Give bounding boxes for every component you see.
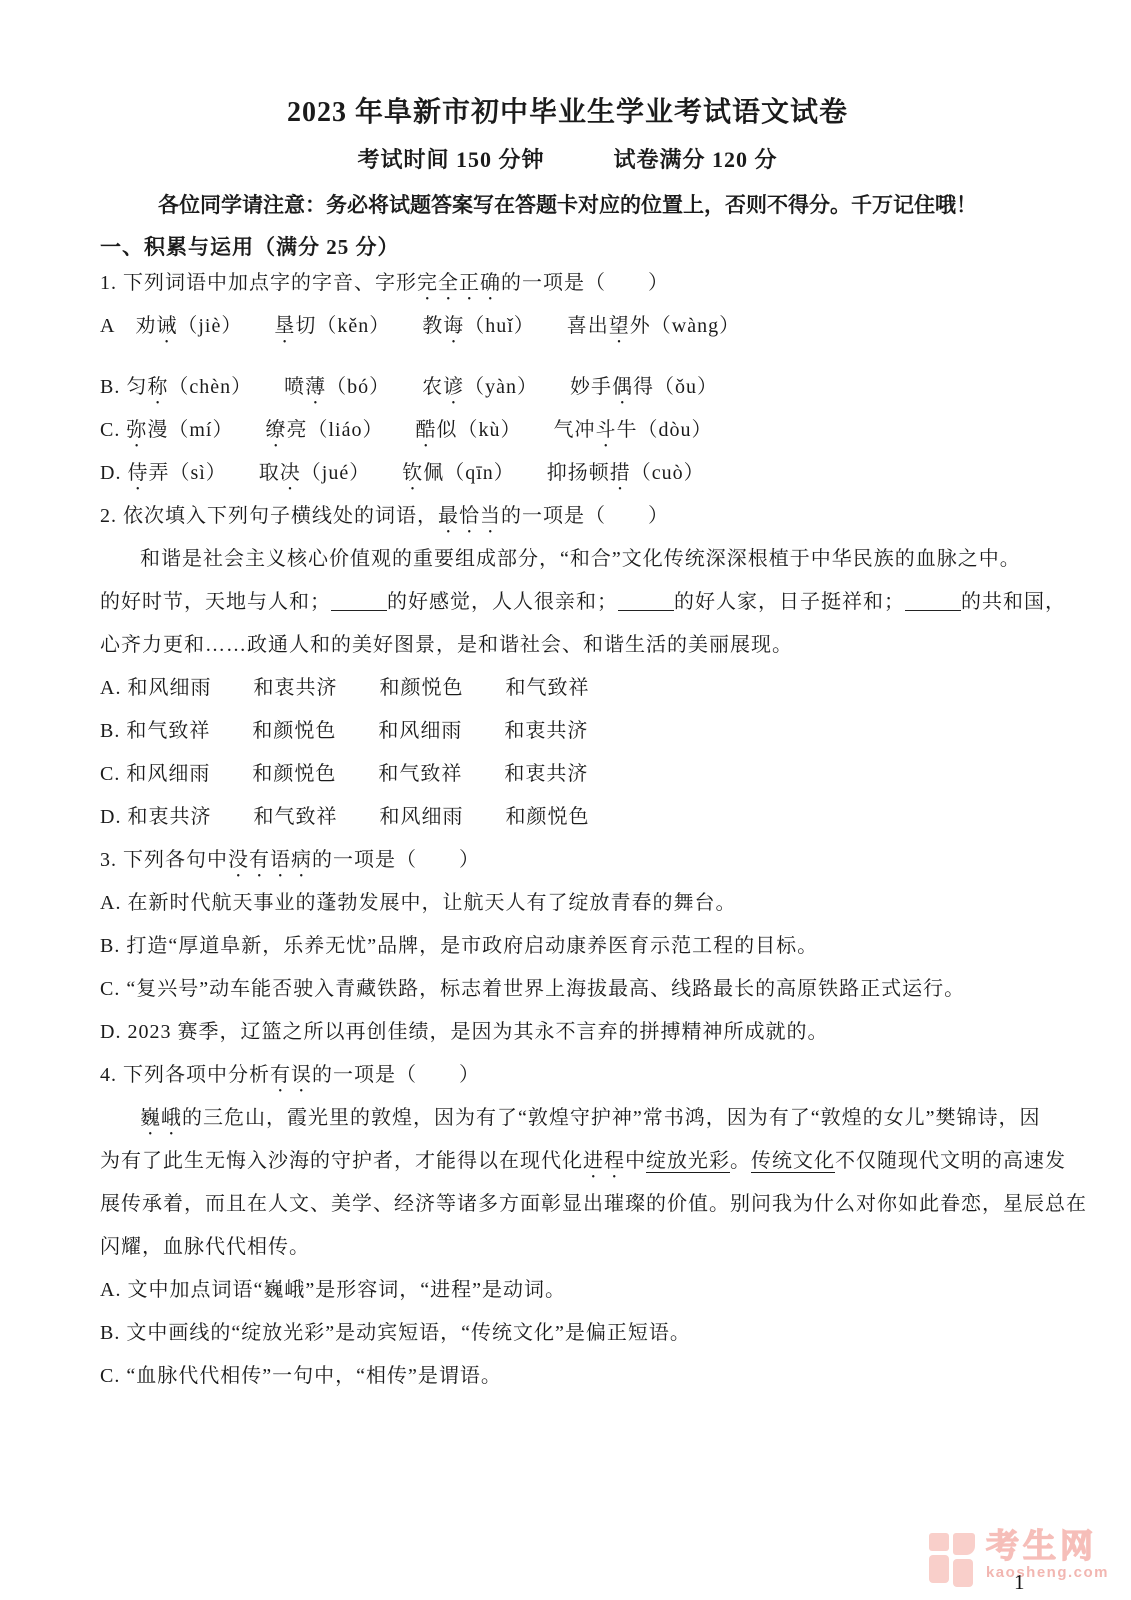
q2-option-a: A. 和风细雨 和衷共济 和颜悦色 和气致祥 xyxy=(100,667,1035,710)
section-1-heading: 一、积累与运用（满分 25 分） xyxy=(100,232,1035,262)
q4-option-a: A. 文中加点词语“巍峨”是形容词，“进程”是动词。 xyxy=(100,1269,1035,1312)
q3-stem: 3. 下列各句中没有语病的一项是（ ） xyxy=(100,839,1035,882)
kaosheng-logo-icon xyxy=(929,1533,977,1587)
exam-notice: 各位同学请注意：务必将试题答案写在答题卡对应的位置上，否则不得分。千万记住哦！ xyxy=(100,190,1035,220)
q4-passage-line-4: 闪耀，血脉代代相传。 xyxy=(100,1226,1035,1269)
q3-option-b: B. 打造“厚道阜新，乐养无忧”品牌，是市政府启动康养医育示范工程的目标。 xyxy=(100,925,1035,968)
q3-option-c: C. “复兴号”动车能否驶入青藏铁路，标志着世界上海拔最高、线路最长的高原铁路正… xyxy=(100,968,1035,1011)
q2-passage-line-1: 和谐是社会主义核心价值观的重要组成部分，“和合”文化传统深深根植于中华民族的血脉… xyxy=(100,538,1035,581)
watermark-domain: kaosheng.com xyxy=(986,1564,1109,1582)
q1-stem: 1. 下列词语中加点字的字音、字形完全正确的一项是（ ） xyxy=(100,262,1035,305)
q3-option-d: D. 2023 赛季，辽篮之所以再创佳绩，是因为其永不言弃的拼搏精神所成就的。 xyxy=(100,1011,1035,1054)
exam-title: 2023 年阜新市初中毕业生学业考试语文试卷 xyxy=(100,96,1035,130)
q2-option-b: B. 和气致祥 和颜悦色 和风细雨 和衷共济 xyxy=(100,710,1035,753)
q2-option-d: D. 和衷共济 和气致祥 和风细雨 和颜悦色 xyxy=(100,796,1035,839)
q4-passage-line-3: 展传承着，而且在人文、美学、经济等诸多方面彰显出璀璨的价值。别问我为什么对你如此… xyxy=(100,1183,1035,1226)
q1-option-c: C. 弥漫（mí） 缭亮（liáo） 酷似（kù） 气冲斗牛（dòu） xyxy=(100,409,1035,452)
q1-option-b: B. 匀称（chèn） 喷薄（bó） 农谚（yàn） 妙手偶得（ǒu） xyxy=(100,366,1035,409)
q1-option-a: A 劝诫（jiè） 垦切（kěn） 教诲（huǐ） 喜出望外（wàng） xyxy=(100,305,1035,348)
q2-stem: 2. 依次填入下列句子横线处的词语，最恰当的一项是（ ） xyxy=(100,495,1035,538)
watermark-brand: 考生网 xyxy=(986,1528,1109,1564)
q2-passage-line-3: 心齐力更和……政通人和的美好图景，是和谐社会、和谐生活的美丽展现。 xyxy=(100,624,1035,667)
q3-option-a: A. 在新时代航天事业的蓬勃发展中，让航天人有了绽放青春的舞台。 xyxy=(100,882,1035,925)
q1-option-d: D. 侍弄（sì） 取决（jué） 钦佩（qīn） 抑扬顿措（cuò） xyxy=(100,452,1035,495)
page-number: 1 xyxy=(1014,1570,1025,1594)
q4-option-c: C. “血脉代代相传”一句中，“相传”是谓语。 xyxy=(100,1355,1035,1398)
q2-passage-line-2: 的好时节，天地与人和；的好感觉，人人很亲和；的好人家，日子挺祥和；的共和国， xyxy=(100,581,1035,624)
q4-stem: 4. 下列各项中分析有误的一项是（ ） xyxy=(100,1054,1035,1097)
exam-paper-page: 2023 年阜新市初中毕业生学业考试语文试卷 考试时间 150 分钟 试卷满分 … xyxy=(0,0,1131,1600)
kaosheng-watermark-text: 考生网 kaosheng.com xyxy=(986,1528,1109,1582)
q4-option-b: B. 文中画线的“绽放光彩”是动宾短语，“传统文化”是偏正短语。 xyxy=(100,1312,1035,1355)
exam-meta: 考试时间 150 分钟 试卷满分 120 分 xyxy=(100,146,1035,174)
q2-option-c: C. 和风细雨 和颜悦色 和气致祥 和衷共济 xyxy=(100,753,1035,796)
q4-passage-line-1: 巍峨的三危山，霞光里的敦煌，因为有了“敦煌守护神”常书鸿，因为有了“敦煌的女儿”… xyxy=(100,1097,1035,1140)
q4-passage-line-2: 为有了此生无悔入沙海的守护者，才能得以在现代化进程中绽放光彩。传统文化不仅随现代… xyxy=(100,1140,1035,1183)
